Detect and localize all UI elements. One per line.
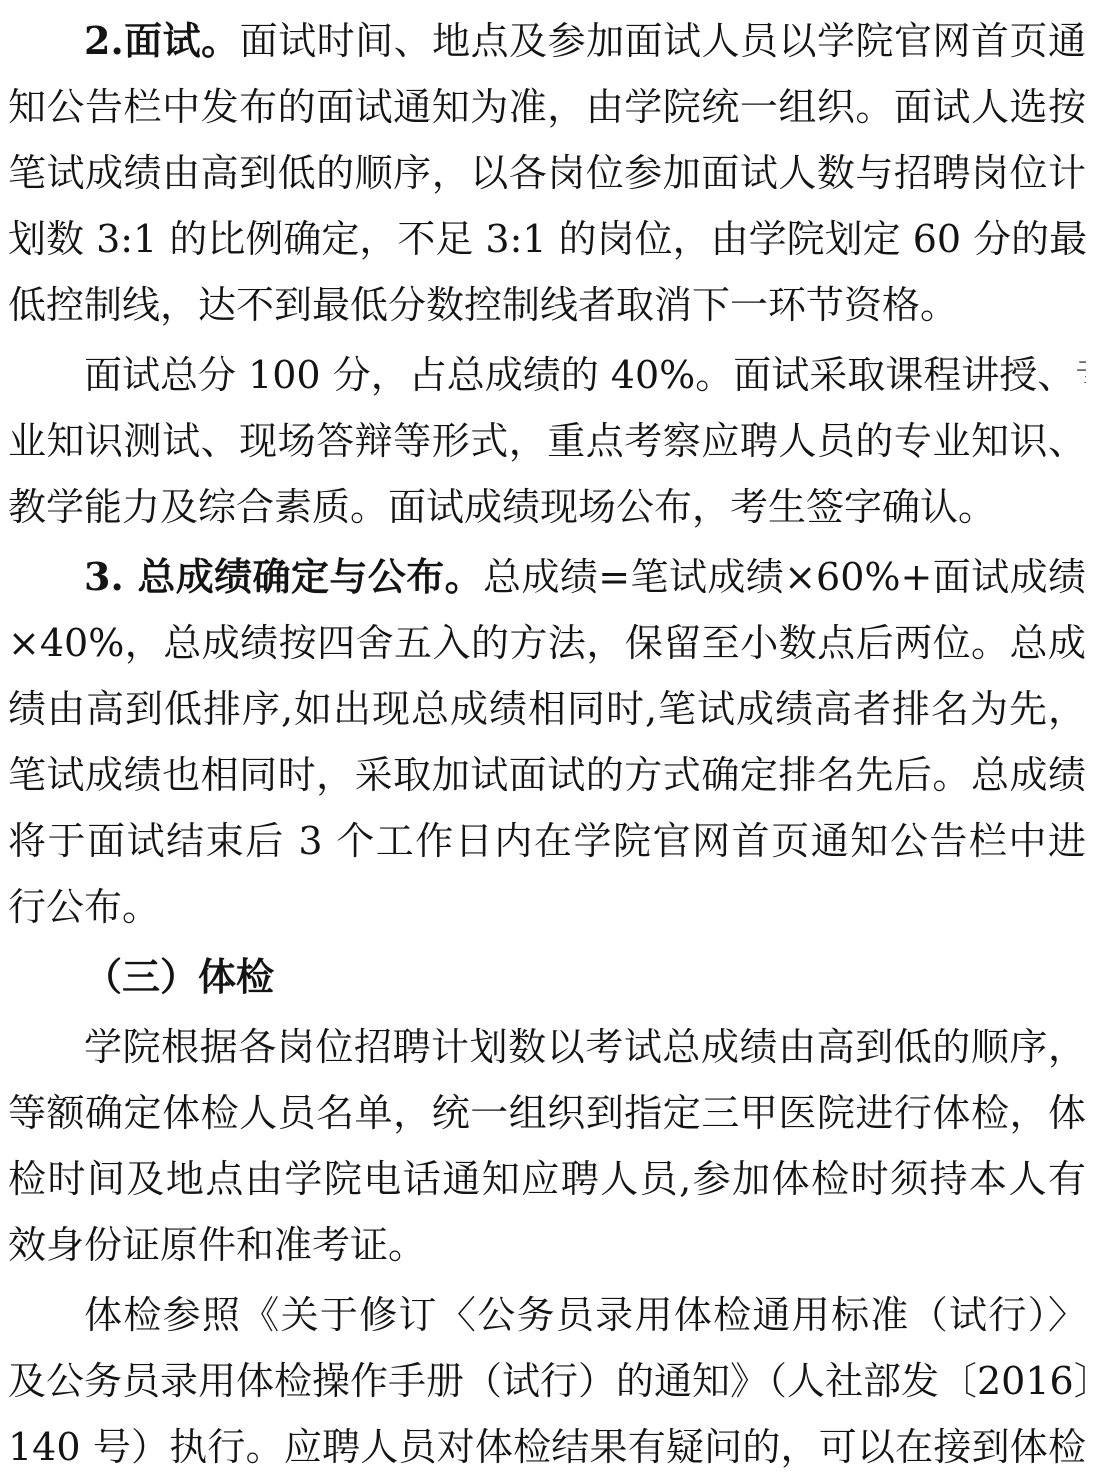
- text-line: 及公务员录用体检操作手册（试行）的通知》（人社部发〔2016〕: [8, 1348, 1086, 1414]
- text-line: 将于面试结束后 3 个工作日内在学院官网首页通知公告栏中进: [8, 808, 1086, 874]
- section-heading: （三）体检: [8, 944, 1086, 1010]
- text-line: 3. 总成绩确定与公布。总成绩=笔试成绩×60%+面试成绩: [8, 544, 1086, 610]
- text-line: 等额确定体检人员名单，统一组织到指定三甲医院进行体检，体: [8, 1080, 1086, 1146]
- text-line: 业知识测试、现场答辩等形式，重点考察应聘人员的专业知识、: [8, 408, 1086, 474]
- paragraph-interview-score: 面试总分 100 分，占总成绩的 40%。面试采取课程讲授、专 业知识测试、现场…: [8, 342, 1086, 540]
- text-line: 知公告栏中发布的面试通知为准，由学院统一组织。面试人选按: [8, 74, 1086, 140]
- paragraph-total-score: 3. 总成绩确定与公布。总成绩=笔试成绩×60%+面试成绩 ×40%，总成绩按四…: [8, 544, 1086, 940]
- text-line: 笔试成绩也相同时，采取加试面试的方式确定排名先后。总成绩: [8, 742, 1086, 808]
- paragraph-interview: 2.面试。面试时间、地点及参加面试人员以学院官网首页通 知公告栏中发布的面试通知…: [8, 8, 1086, 338]
- text-line: 2.面试。面试时间、地点及参加面试人员以学院官网首页通: [8, 8, 1086, 74]
- paragraph-exam-list: 学院根据各岗位招聘计划数以考试总成绩由高到低的顺序， 等额确定体检人员名单，统一…: [8, 1014, 1086, 1278]
- heading-physical-exam: （三）体检: [8, 944, 1086, 1010]
- section-lead-2: 2.面试。: [84, 18, 240, 63]
- text-line: 划数 3:1 的比例确定，不足 3:1 的岗位，由学院划定 60 分的最: [8, 206, 1086, 272]
- text-line: 教学能力及综合素质。面试成绩现场公布，考生签字确认。: [8, 474, 1086, 540]
- document-page: 2.面试。面试时间、地点及参加面试人员以学院官网首页通 知公告栏中发布的面试通知…: [0, 0, 1096, 1481]
- text-line: 体检参照《关于修订〈公务员录用体检通用标准（试行）〉: [8, 1282, 1086, 1348]
- section-lead-3: 3. 总成绩确定与公布。: [84, 554, 483, 599]
- paragraph-exam-standard: 体检参照《关于修订〈公务员录用体检通用标准（试行）〉 及公务员录用体检操作手册（…: [8, 1282, 1086, 1480]
- text-line: 检时间及地点由学院电话通知应聘人员,参加体检时须持本人有: [8, 1146, 1086, 1212]
- text-run: 面试时间、地点及参加面试人员以学院官网首页通: [240, 19, 1086, 63]
- text-line: 140 号）执行。应聘人员对体检结果有疑问的，可以在接到体检: [8, 1414, 1086, 1480]
- text-line: 笔试成绩由高到低的顺序，以各岗位参加面试人数与招聘岗位计: [8, 140, 1086, 206]
- text-run: 总成绩=笔试成绩×60%+面试成绩: [483, 555, 1086, 599]
- text-line: 绩由高到低排序,如出现总成绩相同时,笔试成绩高者排名为先，: [8, 676, 1086, 742]
- text-line: ×40%，总成绩按四舍五入的方法，保留至小数点后两位。总成: [8, 610, 1086, 676]
- text-line: 行公布。: [8, 874, 1086, 940]
- text-line: 学院根据各岗位招聘计划数以考试总成绩由高到低的顺序，: [8, 1014, 1086, 1080]
- text-line: 面试总分 100 分，占总成绩的 40%。面试采取课程讲授、专: [8, 342, 1086, 408]
- text-line: 低控制线，达不到最低分数控制线者取消下一环节资格。: [8, 272, 1086, 338]
- text-line: 效身份证原件和准考证。: [8, 1212, 1086, 1278]
